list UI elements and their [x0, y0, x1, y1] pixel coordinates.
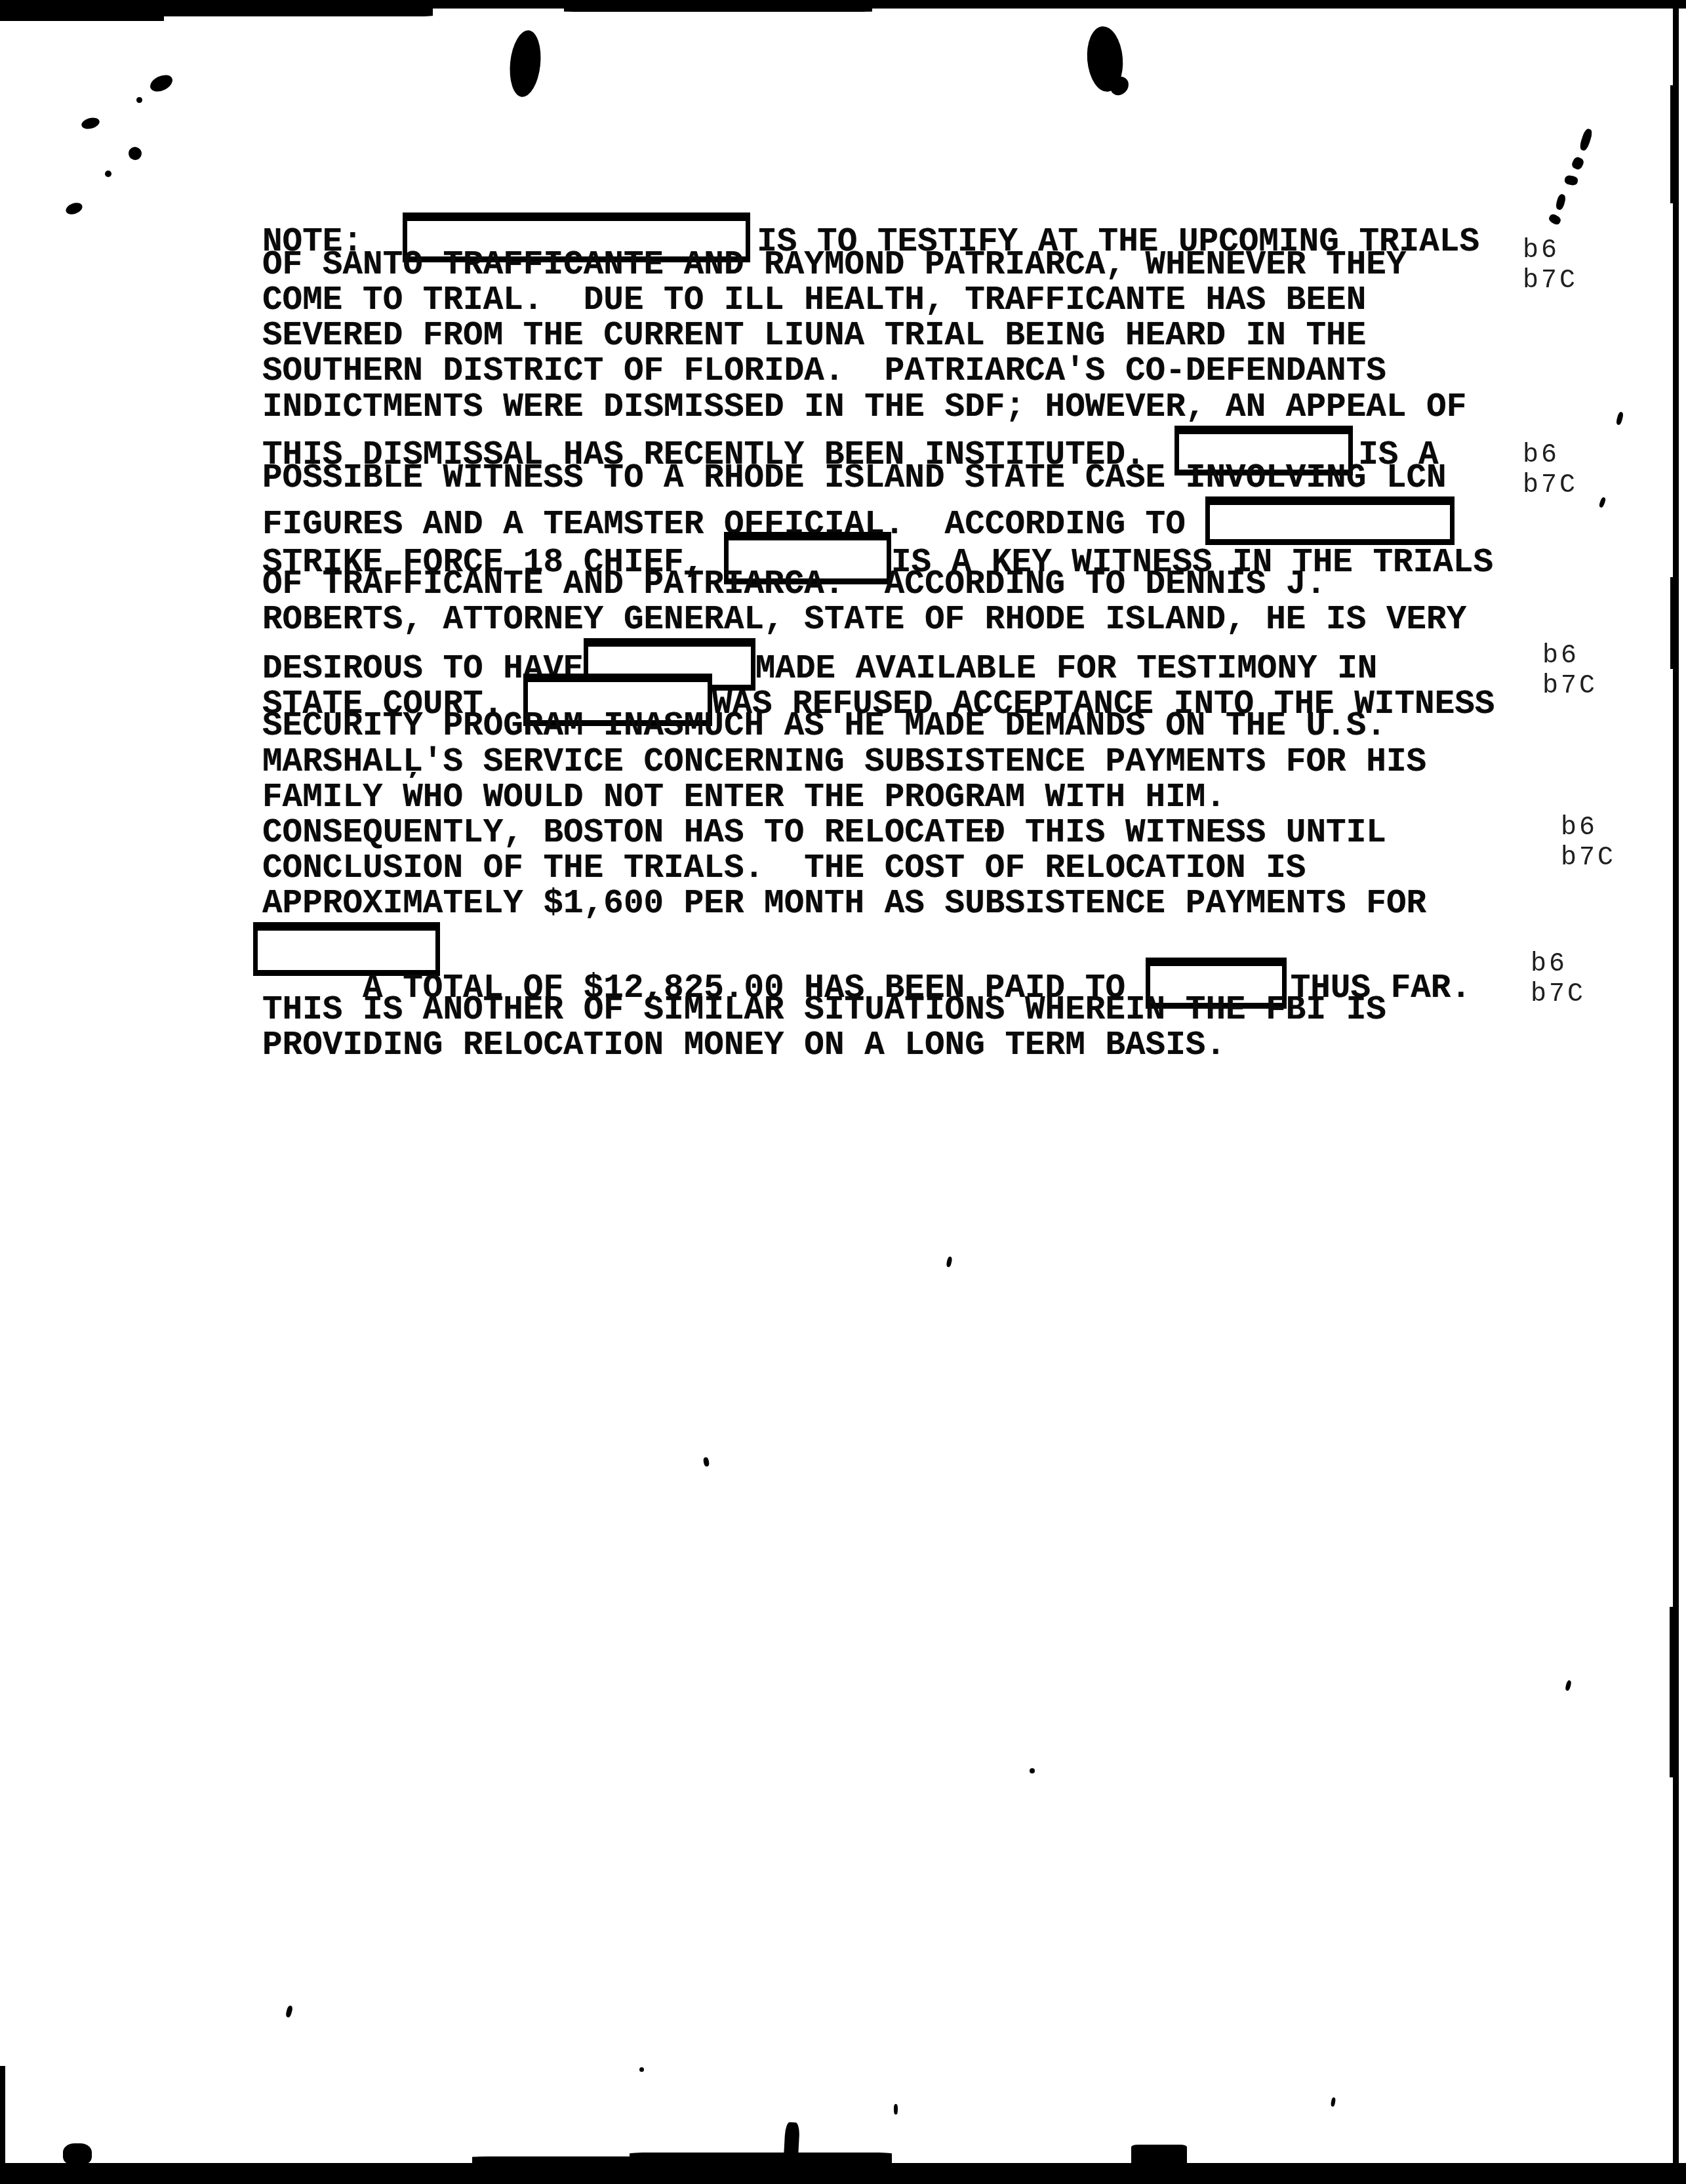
document-line: SEVERED FROM THE CURRENT LIUNA TRIAL BEI… [262, 319, 1366, 354]
document-text: COME TO TRIAL. DUE TO ILL HEALTH, TRAFFI… [262, 282, 1366, 319]
scan-artifact [136, 97, 142, 103]
document-line: SOUTHERN DISTRICT OF FLORIDA. PATRIARCA'… [262, 354, 1386, 390]
scan-artifact [127, 146, 142, 161]
document-text: OF SANTO TRAFFICANTE AND RAYMOND PATRIAR… [262, 247, 1406, 284]
scan-artifact [1598, 496, 1606, 508]
scan-artifact [1131, 2145, 1187, 2166]
scan-artifact [1548, 212, 1562, 226]
scan-artifact [1555, 193, 1567, 211]
document-line: MARSHALĻ'S SERVICE CONCERNING SUBSISTENC… [262, 745, 1426, 780]
document-text: FAMILY WHO WOULD NOT ENTER THE PROGRAM W… [262, 779, 1226, 817]
scan-artifact [639, 2067, 644, 2072]
exemption-code-b6: b6 [1561, 813, 1616, 843]
scan-artifact [0, 2163, 1686, 2184]
exemption-code-b6: b6 [1523, 236, 1578, 266]
scan-artifact [1030, 1768, 1035, 1773]
document-text: INDICTMENTS WERE DISMISSED IN THE SDF; H… [262, 389, 1466, 426]
scan-artifact [1571, 155, 1585, 171]
scan-artifact [1670, 577, 1678, 669]
document-line: THIS IS ANOTHER OF SIMILAR SITUATIONS WH… [262, 993, 1386, 1028]
scan-artifact [105, 171, 111, 177]
scan-artifact [0, 2066, 5, 2184]
scan-artifact [894, 2104, 898, 2114]
document-line: INDICTMENTS WERE DISMISSED IN THE SDF; H… [262, 390, 1466, 426]
exemption-code-pair: b6b7C [1561, 813, 1616, 874]
document-text: CONCLUSION OF THE TRIALS. THE COST OF RE… [262, 850, 1306, 887]
document-text: PROVIDING RELOCATION MONEY ON A LONG TER… [262, 1027, 1226, 1064]
scan-artifact [151, 7, 433, 16]
document-line: CONCLUSION OF THE TRIALS. THE COST OF RE… [262, 851, 1306, 887]
document-text: MARSHALĻ'S SERVICE CONCERNING SUBSISTENC… [262, 744, 1426, 781]
document-text: ROBERTS, ATTORNEY GENERAL, STATE OF RHOD… [262, 601, 1466, 639]
document-line: ROBERTS, ATTORNEY GENERAL, STATE OF RHOD… [262, 603, 1466, 638]
scan-artifact [1670, 1607, 1678, 1777]
scan-artifact [1331, 2097, 1336, 2107]
scanned-document-page: NOTE: IS TO TESTIFY AT THE UPCOMING TRIA… [0, 0, 1686, 2184]
exemption-code-b7c: b7C [1523, 471, 1578, 501]
scan-artifact [564, 5, 872, 12]
exemption-code-b6: b6 [1542, 641, 1597, 672]
exemption-code-pair: b6b7C [1523, 236, 1578, 296]
scan-artifact [507, 29, 544, 98]
exemption-code-pair: b6b7C [1523, 441, 1578, 501]
document-line: OF SANTO TRAFFICANTE AND RAYMOND PATRIAR… [262, 248, 1406, 283]
scan-artifact [946, 1256, 952, 1267]
exemption-code-b7c: b7C [1531, 980, 1586, 1010]
scan-artifact [148, 71, 175, 94]
scan-artifact [1673, 0, 1679, 2171]
scan-artifact [0, 0, 164, 21]
scan-artifact [630, 2153, 892, 2166]
scan-artifact [1616, 411, 1624, 425]
document-text: OF TRAFFICANTE AND PATRIARCA. ACCORDING … [262, 566, 1326, 603]
scan-artifact [1670, 85, 1679, 203]
scan-artifact [1564, 174, 1578, 186]
scan-artifact [63, 2143, 92, 2166]
scan-artifact [1508, 0, 1686, 7]
exemption-code-b6: b6 [1531, 950, 1586, 980]
exemption-code-pair: b6b7C [1542, 641, 1597, 702]
scan-artifact [64, 201, 84, 216]
document-text: THIS IS ANOTHER OF SIMILAR SITUATIONS WH… [262, 992, 1386, 1029]
document-line: FAMILY WHO WOULD NOT ENTER THE PROGRAM W… [262, 780, 1226, 816]
scan-artifact [80, 116, 100, 131]
document-line: PROVIDING RELOCATION MONEY ON A LONG TER… [262, 1028, 1226, 1064]
document-line: OF TRAFFICANTE AND PATRIARCA. ACCORDING … [262, 567, 1326, 603]
scan-artifact [703, 1457, 710, 1466]
document-text: SOUTHERN DISTRICT OF FLORIDA. PATRIARCA'… [262, 353, 1386, 390]
document-text: SEVERED FROM THE CURRENT LIUNA TRIAL BEI… [262, 317, 1366, 355]
exemption-code-b7c: b7C [1523, 266, 1578, 296]
scan-artifact [1565, 1680, 1572, 1691]
document-text: SECURITY PROGRAM INASMUCH AS HE MADE DEM… [262, 708, 1386, 745]
exemption-code-b7c: b7C [1561, 843, 1616, 874]
exemption-code-b6: b6 [1523, 441, 1578, 471]
document-line: POSSIBLE WITNESS TO A RHODE ISLAND STATE… [262, 461, 1447, 496]
document-text: POSSIBLE WITNESS TO A RHODE ISLAND STATE… [262, 460, 1447, 497]
exemption-code-b7c: b7C [1542, 672, 1597, 702]
scan-artifact [285, 2005, 293, 2017]
exemption-code-pair: b6b7C [1531, 950, 1586, 1010]
document-text: APPROXIMATELY $1,600 PER MONTH AS SUBSIS… [262, 885, 1426, 923]
document-line: SECURITY PROGRAM INASMUCH AS HE MADE DEM… [262, 709, 1386, 744]
scan-artifact [1578, 128, 1594, 152]
document-line: APPROXIMATELY $1,600 PER MONTH AS SUBSIS… [262, 887, 1426, 922]
document-text: CONSEQUENTLY, BOSTON HAS TO RELOCATEĐ TH… [262, 815, 1386, 852]
document-line: CONSEQUENTLY, BOSTON HAS TO RELOCATEĐ TH… [262, 816, 1386, 851]
document-line: COME TO TRIAL. DUE TO ILL HEALTH, TRAFFI… [262, 283, 1366, 319]
